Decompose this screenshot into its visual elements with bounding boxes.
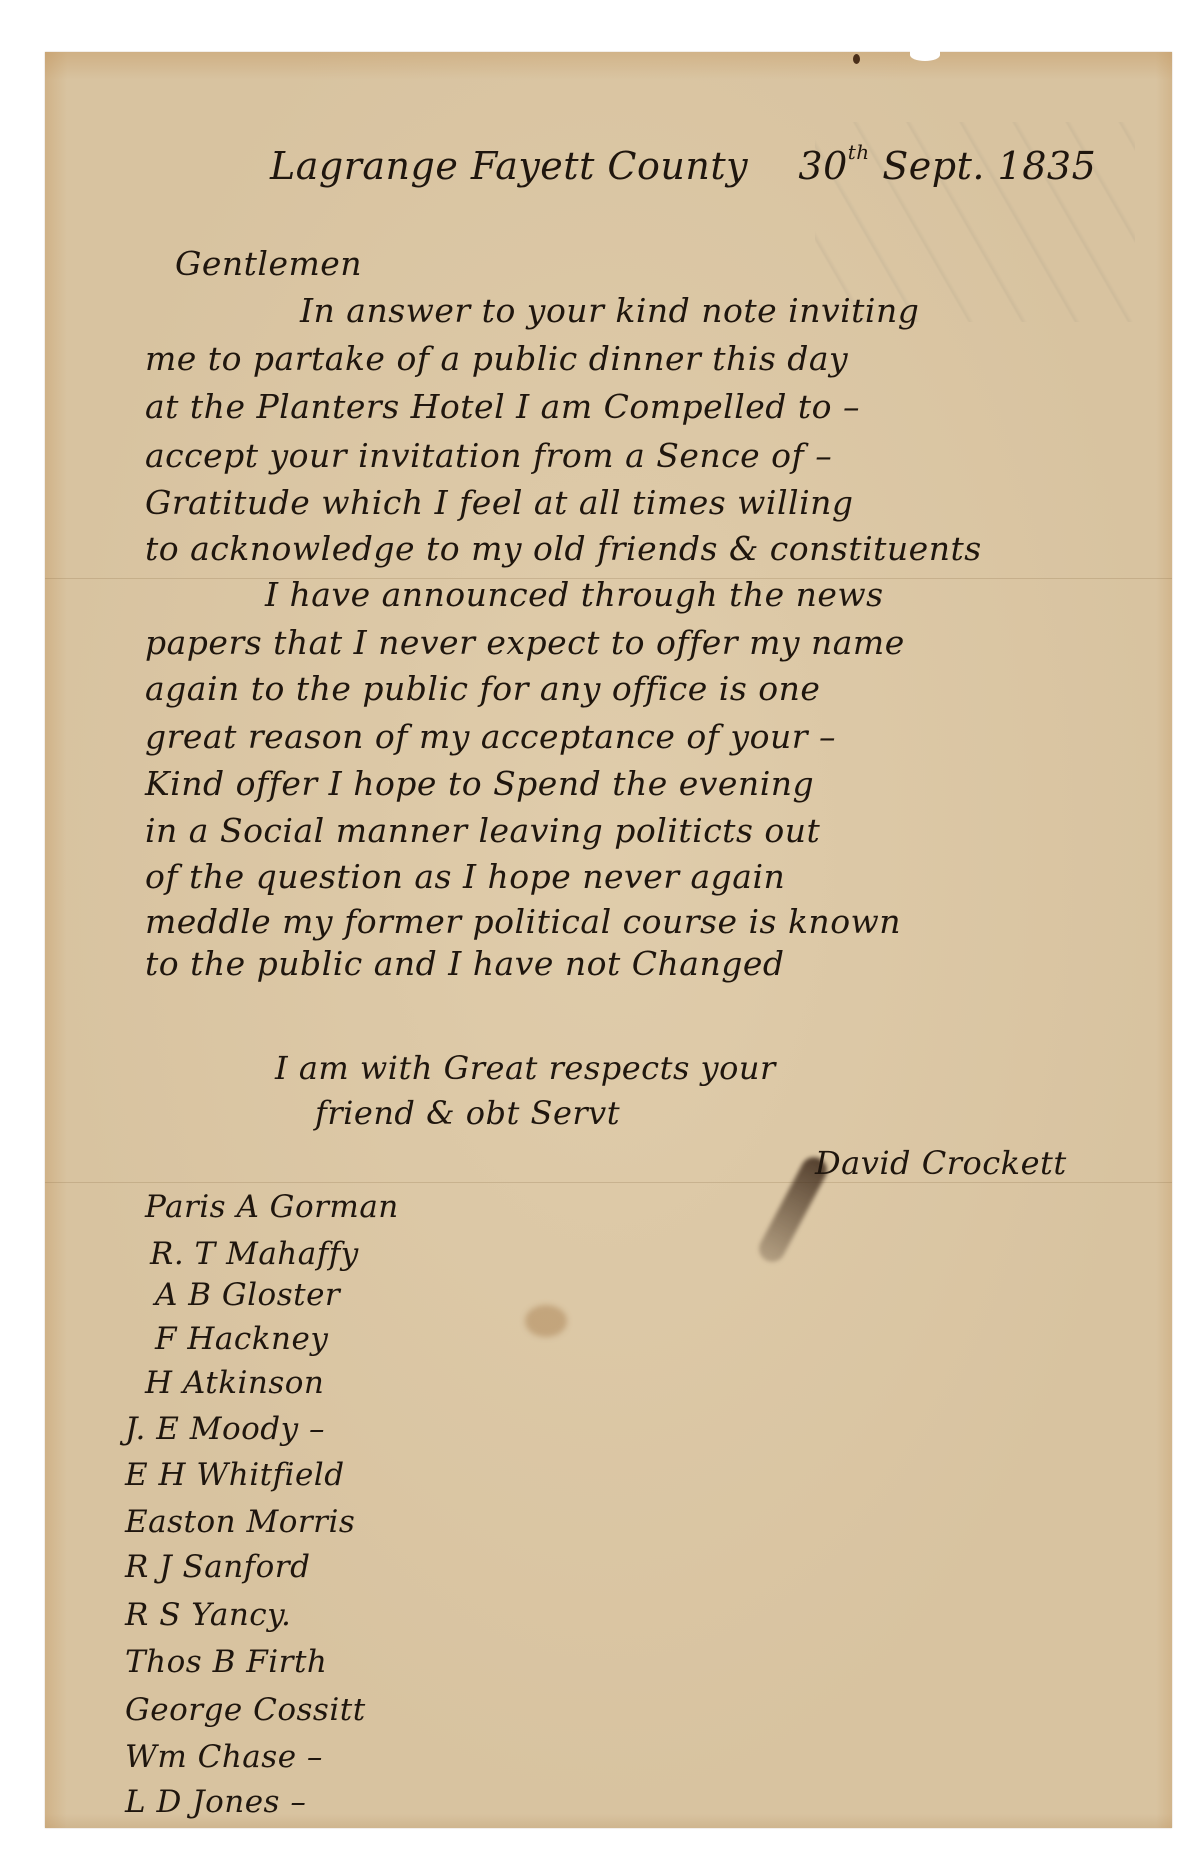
body-line: In answer to your kind note inviting — [300, 294, 919, 327]
signature: David Crockett — [815, 1147, 1067, 1179]
body-line: at the Planters Hotel I am Compelled to … — [145, 390, 860, 423]
body-line: of the question as I hope never again — [145, 860, 785, 893]
letter-heading: Lagrange Fayett County 30th Sept. 1835 — [270, 147, 1096, 185]
body-line: papers that I never expect to offer my n… — [145, 626, 905, 659]
heading-day-suffix: th — [848, 140, 870, 164]
water-stain — [525, 1305, 567, 1337]
signatory-name: Wm Chase – — [125, 1742, 323, 1773]
body-line: in a Social manner leaving politicts out — [145, 814, 820, 847]
signatory-name: A B Gloster — [155, 1280, 340, 1311]
closing-line: I am with Great respects your — [275, 1052, 776, 1084]
letter-paper: Lagrange Fayett County 30th Sept. 1835 G… — [45, 52, 1172, 1828]
signatory-name: Easton Morris — [125, 1507, 355, 1538]
salutation: Gentlemen — [175, 247, 362, 280]
body-line: again to the public for any office is on… — [145, 672, 820, 705]
signatory-name: F Hackney — [155, 1324, 328, 1355]
signatory-name: R. T Mahaffy — [150, 1239, 359, 1270]
fold-line — [45, 1182, 1172, 1183]
body-line: to the public and I have not Changed — [145, 947, 784, 980]
body-line: me to partake of a public dinner this da… — [145, 342, 848, 375]
body-line: Gratitude which I feel at all times will… — [145, 486, 854, 519]
signatory-name: H Atkinson — [145, 1368, 324, 1399]
body-line: to acknowledge to my old friends & const… — [145, 532, 982, 565]
paper-tear — [910, 49, 940, 61]
signatory-name: R S Yancy. — [125, 1600, 291, 1631]
signatory-name: E H Whitfield — [125, 1460, 345, 1491]
body-line: meddle my former political course is kno… — [145, 905, 901, 938]
body-line: accept your invitation from a Sence of – — [145, 439, 832, 472]
heading-month-year: Sept. 1835 — [882, 144, 1096, 188]
signatory-name: J. E Moody – — [125, 1414, 325, 1445]
heading-place: Lagrange Fayett County — [270, 144, 748, 188]
body-line: great reason of my acceptance of your – — [145, 720, 836, 753]
closing-line: friend & obt Servt — [315, 1097, 620, 1129]
body-line: Kind offer I hope to Spend the evening — [145, 767, 814, 800]
signatory-name: George Cossitt — [125, 1695, 366, 1726]
signatory-name: R J Sanford — [125, 1552, 310, 1583]
heading-day: 30 — [798, 144, 847, 188]
ink-blot — [853, 54, 860, 64]
signatory-name: Thos B Firth — [125, 1647, 327, 1678]
signatory-name: Paris A Gorman — [145, 1192, 399, 1223]
body-line: I have announced through the news — [265, 578, 884, 611]
signatory-name: L D Jones – — [125, 1787, 306, 1818]
